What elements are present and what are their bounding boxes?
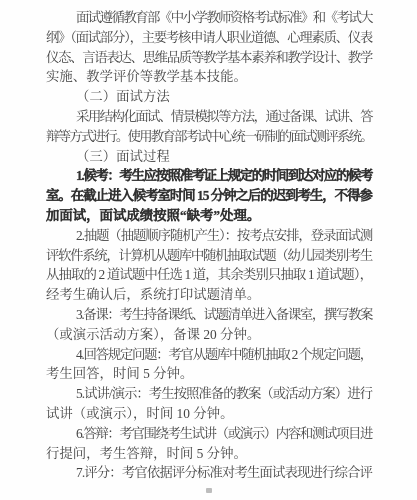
text-line-content: （二）面试方法 <box>76 87 170 107</box>
text-line-content: 5.试讲/演示：考生按照准备的教案（或活动方案）进行 <box>76 384 372 404</box>
text-line-content: （或演示活动方案），备课 20 分钟。 <box>46 325 260 345</box>
text-line: （二）面试方法 <box>46 87 372 107</box>
text-line-content: 7.评分：考官依据评分标准对考生面试表现进行综合评 <box>76 463 372 483</box>
text-line: 经考生确认后，系统打印试题清单。 <box>46 285 372 305</box>
document-body: 面试遵循教育部《中小学教师资格考试标准》和《考试大纲》（面试部分），主要考核申请… <box>46 8 372 483</box>
text-line-content: 室。在截止进入候考室时间 15 分钟之后的迟到考生，不得参 <box>46 186 372 206</box>
text-line-content: 从抽取的 2 道试题中任选 1 道，其余类别只抽取 1 道试题）， <box>46 265 372 285</box>
text-line: （或演示活动方案），备课 20 分钟。 <box>46 325 372 345</box>
text-line: 7.评分：考官依据评分标准对考生面试表现进行综合评 <box>46 463 372 483</box>
text-line: 评软件系统，计算机从题库中随机抽取试题（幼儿园类别考生 <box>46 246 372 266</box>
text-line: 仪态、言语表达、思维品质等教学基本素养和教学设计、教学 <box>46 48 372 68</box>
text-line: 面试遵循教育部《中小学教师资格考试标准》和《考试大 <box>46 8 372 28</box>
text-line: 采用结构化面试、情景模拟等方法，通过备课、试讲、答 <box>46 107 372 127</box>
text-line-content: 加面试，面试成绩按照“缺考”处理。 <box>46 206 260 226</box>
text-line: 考生回答，时间 5 分钟。 <box>46 364 372 384</box>
text-line-content: 2.抽题（抽题顺序随机产生）：按考点安排，登录面试测 <box>76 226 372 246</box>
text-line-content: 辩等方式进行。使用教育部考试中心统一研制的面试测评系统。 <box>46 127 372 147</box>
page-number-partial-mark <box>206 488 212 493</box>
text-line: 辩等方式进行。使用教育部考试中心统一研制的面试测评系统。 <box>46 127 372 147</box>
text-line-content: 纲》（面试部分），主要考核申请人职业道德、心理素质、仪表 <box>46 28 372 48</box>
text-line: 试讲（或演示），时间 10 分钟。 <box>46 404 372 424</box>
text-line-content: 4.回答规定问题：考官从题库中随机抽取 2 个规定问题， <box>76 345 372 365</box>
text-line-bold: 1.候考：考生应按照准考证上规定的时间到达对应的候考 <box>46 166 372 186</box>
text-line: 6.答辩：考官围绕考生试讲（或演示）内容和测试项目进 <box>46 424 372 444</box>
text-line: 行提问，考生答辩，时间 5 分钟。 <box>46 444 372 464</box>
text-line-content: 行提问，考生答辩，时间 5 分钟。 <box>46 444 247 464</box>
text-line-content: 3.备课：考生持备课纸、试题清单进入备课室，撰写教案 <box>76 305 372 325</box>
text-line-content: 评软件系统，计算机从题库中随机抽取试题（幼儿园类别考生 <box>46 246 372 266</box>
text-line-content: 仪态、言语表达、思维品质等教学基本素养和教学设计、教学 <box>46 48 372 68</box>
text-line: 从抽取的 2 道试题中任选 1 道，其余类别只抽取 1 道试题）， <box>46 265 372 285</box>
text-line-content: 面试遵循教育部《中小学教师资格考试标准》和《考试大 <box>76 8 372 28</box>
text-line-bold: 室。在截止进入候考室时间 15 分钟之后的迟到考生，不得参 <box>46 186 372 206</box>
text-line: 3.备课：考生持备课纸、试题清单进入备课室，撰写教案 <box>46 305 372 325</box>
text-line-content: 经考生确认后，系统打印试题清单。 <box>46 285 260 305</box>
text-line: 纲》（面试部分），主要考核申请人职业道德、心理素质、仪表 <box>46 28 372 48</box>
text-line-content: （三）面试过程 <box>76 147 170 167</box>
text-line-bold: 加面试，面试成绩按照“缺考”处理。 <box>46 206 372 226</box>
text-line: 4.回答规定问题：考官从题库中随机抽取 2 个规定问题， <box>46 345 372 365</box>
text-line-content: 采用结构化面试、情景模拟等方法，通过备课、试讲、答 <box>76 107 372 127</box>
text-line-content: 6.答辩：考官围绕考生试讲（或演示）内容和测试项目进 <box>76 424 372 444</box>
text-line-content: 考生回答，时间 5 分钟。 <box>46 364 193 384</box>
text-line: 5.试讲/演示：考生按照准备的教案（或活动方案）进行 <box>46 384 372 404</box>
text-line: 实施、教学评价等教学基本技能。 <box>46 67 372 87</box>
text-line: （三）面试过程 <box>46 147 372 167</box>
document-page: 面试遵循教育部《中小学教师资格考试标准》和《考试大纲》（面试部分），主要考核申请… <box>0 0 417 500</box>
text-line: 2.抽题（抽题顺序随机产生）：按考点安排，登录面试测 <box>46 226 372 246</box>
text-line-content: 1.候考：考生应按照准考证上规定的时间到达对应的候考 <box>76 166 372 186</box>
text-line-content: 实施、教学评价等教学基本技能。 <box>46 67 247 87</box>
text-line-content: 试讲（或演示），时间 10 分钟。 <box>46 404 233 424</box>
